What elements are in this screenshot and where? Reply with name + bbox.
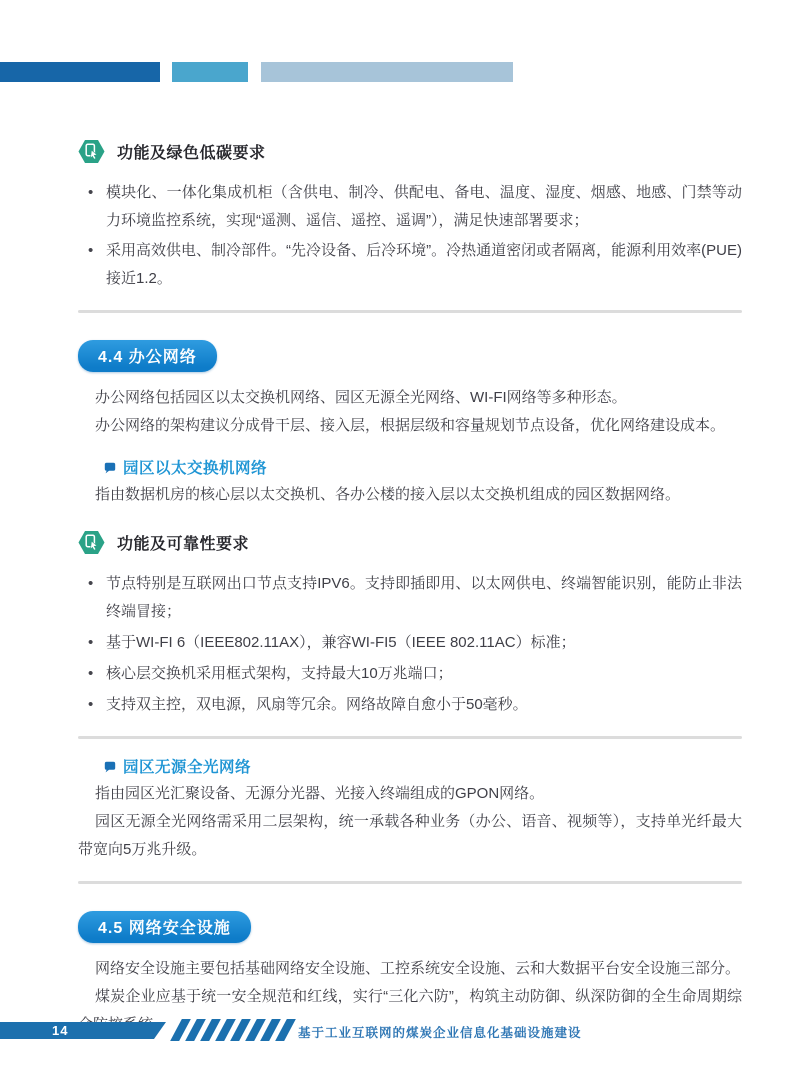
tap-hexagon-icon — [78, 138, 105, 165]
paragraph: 网络安全设施主要包括基础网络安全设施、工控系统安全设施、云和大数据平台安全设施三… — [78, 955, 742, 983]
footer-title: 基于工业互联网的煤炭企业信息化基础设施建设 — [298, 1023, 582, 1041]
header-decoration — [0, 62, 800, 82]
section-pill-4-5: 4.5 网络安全设施 — [78, 911, 251, 943]
bookmark-icon — [104, 760, 116, 772]
section-heading-label: 功能及可靠性要求 — [117, 531, 249, 554]
bullet-list-green-2: 节点特别是互联网出口节点支持IPV6。支持即插即用、以太网供电、终端智能识别，能… — [78, 570, 742, 719]
page-number: 14 — [52, 1022, 68, 1039]
section-divider — [78, 310, 742, 313]
section-divider — [78, 736, 742, 739]
header-bar-mid — [172, 62, 248, 82]
document-page: 功能及绿色低碳要求 模块化、一体化集成机柜（含供电、制冷、供配电、备电、温度、湿… — [0, 0, 800, 1086]
subsection-title: 园区以太交换机网络 — [123, 456, 267, 478]
subsection-title: 园区无源全光网络 — [123, 755, 251, 777]
header-bar-light — [261, 62, 513, 82]
bullet-list-green-1: 模块化、一体化集成机柜（含供电、制冷、供配电、备电、温度、湿度、烟感、地感、门禁… — [78, 179, 742, 293]
footer-bar: 14 — [0, 1022, 166, 1039]
bullet-item: 采用高效供电、制冷部件。“先冷设备、后冷环境”。冷热通道密闭或者隔离，能源利用效… — [88, 237, 742, 293]
paragraph: 园区无源全光网络需采用二层架构，统一承载各种业务（办公、语音、视频等），支持单光… — [78, 808, 742, 864]
tap-hexagon-icon — [78, 529, 105, 556]
paragraph: 办公网络包括园区以太交换机网络、园区无源全光网络、WI-FI网络等多种形态。 — [78, 384, 742, 412]
subsection-heading-pon-campus: 园区无源全光网络 — [78, 755, 742, 777]
paragraph: 指由数据机房的核心层以太交换机、各办公楼的接入层以太交换机组成的园区数据网络。 — [78, 481, 742, 509]
bullet-item: 基于WI-FI 6（IEEE802.11AX），兼容WI-FI5（IEEE 80… — [88, 629, 742, 657]
section-divider — [78, 881, 742, 884]
section-pill-4-4: 4.4 办公网络 — [78, 340, 217, 372]
section-heading-label: 功能及绿色低碳要求 — [117, 140, 266, 163]
bullet-item: 模块化、一体化集成机柜（含供电、制冷、供配电、备电、温度、湿度、烟感、地感、门禁… — [88, 179, 742, 235]
slash-decoration — [176, 1019, 296, 1041]
bookmark-icon — [104, 461, 116, 473]
section-heading-green-requirements-1: 功能及绿色低碳要求 — [78, 138, 742, 165]
section-heading-green-requirements-2: 功能及可靠性要求 — [78, 529, 742, 556]
bullet-item: 支持双主控，双电源，风扇等冗余。网络故障自愈小于50毫秒。 — [88, 691, 742, 719]
header-bar-dark — [0, 62, 160, 82]
paragraph: 办公网络的架构建议分成骨干层、接入层，根据层级和容量规划节点设备，优化网络建设成… — [78, 412, 742, 440]
page-content: 功能及绿色低碳要求 模块化、一体化集成机柜（含供电、制冷、供配电、备电、温度、湿… — [78, 138, 742, 1039]
bullet-item: 节点特别是互联网出口节点支持IPV6。支持即插即用、以太网供电、终端智能识别，能… — [88, 570, 742, 626]
bullet-item: 核心层交换机采用框式架构，支持最大10万兆端口； — [88, 660, 742, 688]
subsection-heading-ethernet-campus: 园区以太交换机网络 — [78, 456, 742, 478]
paragraph: 指由园区光汇聚设备、无源分光器、光接入终端组成的GPON网络。 — [78, 780, 742, 808]
